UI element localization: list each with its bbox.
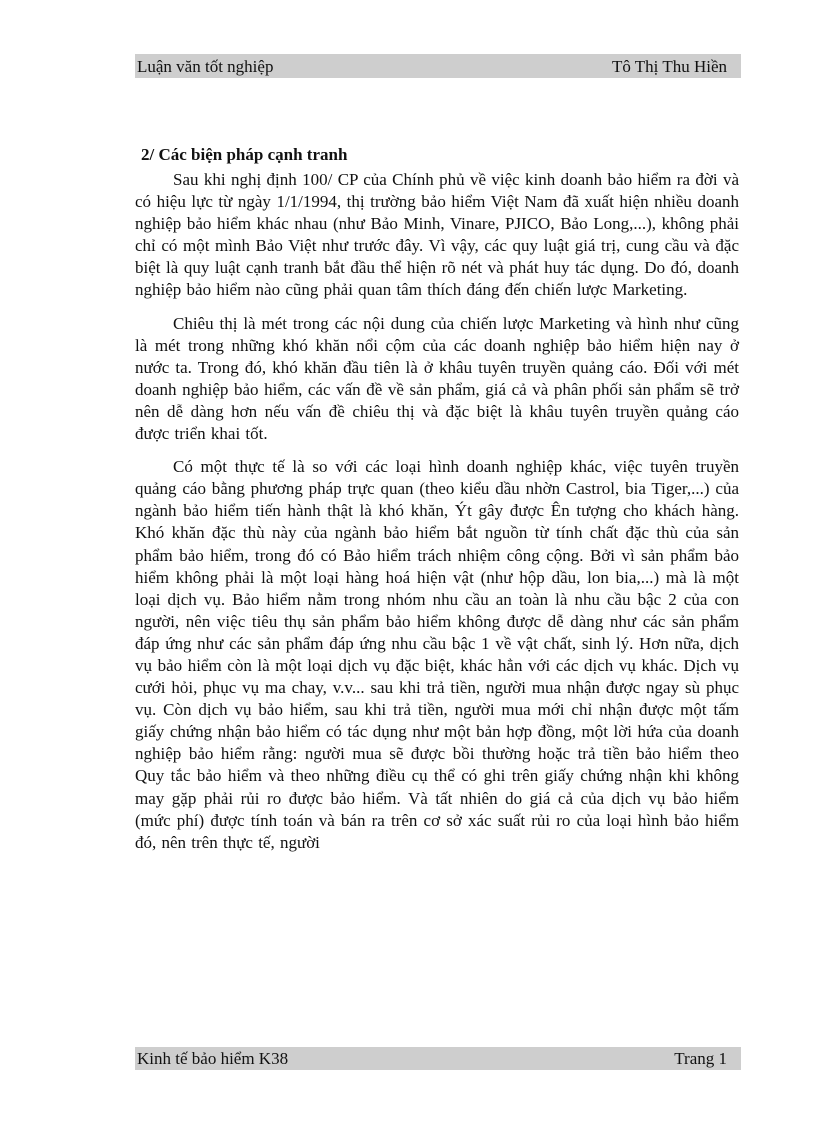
paragraph: Sau khi nghị định 100/ CP của Chính phủ … (135, 169, 739, 302)
header-author: Tô Thị Thu Hiền (612, 57, 727, 77)
section-heading: 2/ Các biện pháp cạnh tranh (141, 144, 739, 166)
page-number: Trang 1 (674, 1049, 727, 1069)
paragraph: Có một thực tế là so với các loại hình d… (135, 456, 739, 854)
paragraph: Chiêu thị là mét trong các nội dung của … (135, 313, 739, 446)
footer-course-label: Kinh tế bảo hiểm K38 (137, 1049, 288, 1069)
page-header: Luận văn tốt nghiệp Tô Thị Thu Hiền (135, 54, 741, 78)
page-footer: Kinh tế bảo hiểm K38 Trang 1 (135, 1047, 741, 1070)
header-thesis-title: Luận văn tốt nghiệp (137, 57, 273, 77)
document-body: 2/ Các biện pháp cạnh tranh Sau khi nghị… (135, 144, 739, 865)
